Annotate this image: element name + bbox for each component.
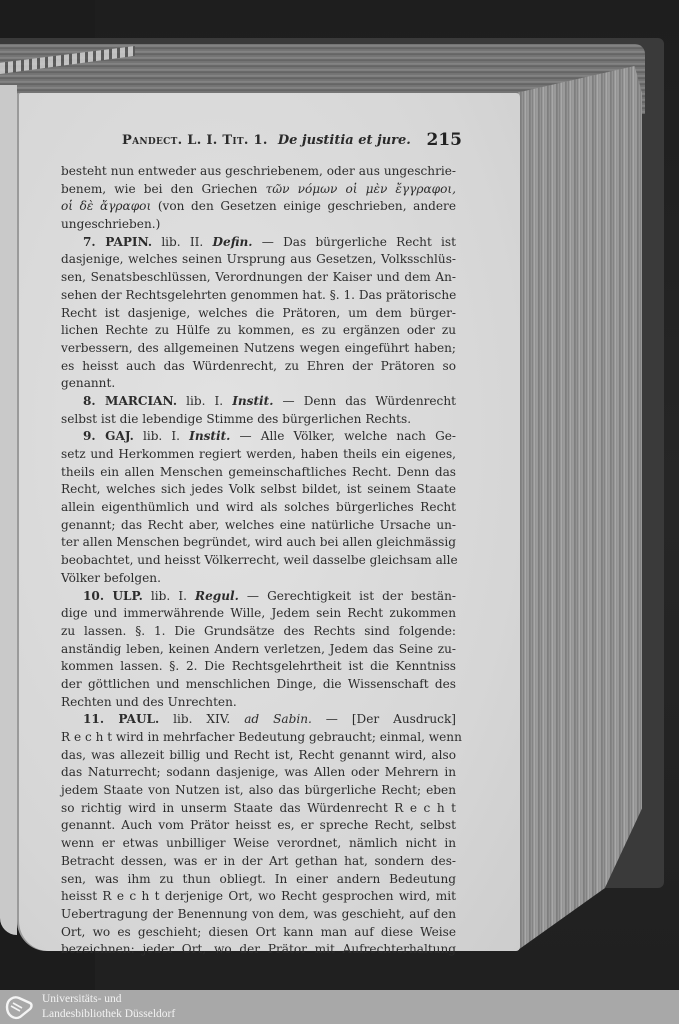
text-segment: ad Sabin. <box>244 712 312 726</box>
text-line: 11. PAUL. lib. XIV. ad Sabin. — [Der Aus… <box>61 711 456 729</box>
text-line: selbst ist die lebendige Stimme des bürg… <box>61 411 456 429</box>
text-segment: allein eigenthümlich und wird als solche… <box>61 500 456 514</box>
text-line: allein eigenthümlich und wird als solche… <box>61 499 456 517</box>
text-segment: ter allen Menschen begründet, wird auch … <box>61 535 456 549</box>
text-line: zu lassen. §. 1. Die Grundsätze des Rech… <box>61 623 456 641</box>
text-line: heisst R e c h t derjenige Ort, wo Recht… <box>61 888 456 906</box>
page-number: 215 <box>427 130 463 150</box>
text-line: kommen lassen. §. 2. Die Rechtsgelehrthe… <box>61 658 456 676</box>
text-segment: Instit. <box>189 429 230 443</box>
text-segment: — Denn das Würdenrecht <box>273 394 456 408</box>
text-segment: bezeichnen: jeder Ort, wo der Prätor mit… <box>61 942 456 956</box>
text-line: Ort, wo es geschieht; diesen Ort kann ma… <box>61 924 456 942</box>
text-line: so richtig wird in unserm Staate das Wür… <box>61 800 456 818</box>
text-line: 9. GAJ. lib. I. Instit. — Alle Völker, w… <box>61 428 456 446</box>
text-segment: 11. PAUL. <box>83 712 159 726</box>
text-segment: lib. II. <box>152 235 212 249</box>
text-segment: der göttlichen und menschlichen Dinge, d… <box>61 677 456 691</box>
text-segment: οἱ δὲ ἄγραφοι <box>61 199 151 213</box>
text-segment: (von den Gesetzen einige geschrieben, an… <box>151 199 456 213</box>
text-line: 8. MARCIAN. lib. I. Instit. — Denn das W… <box>61 393 456 411</box>
text-segment: Uebertragung der Benennung von dem, was … <box>61 907 456 921</box>
text-line: Betracht dessen, was er in der Art getha… <box>61 853 456 871</box>
text-segment: benem, wie bei den Griechen <box>61 182 266 196</box>
text-segment: ungeschrieben.) <box>61 217 160 231</box>
text-segment: Ort, wo es geschieht; diesen Ort kann ma… <box>61 925 456 939</box>
text-line: Völker befolgen. <box>61 570 456 588</box>
text-segment: Defin. <box>213 235 253 249</box>
text-segment: — Gerechtigkeit ist der bestän- <box>239 589 456 603</box>
text-segment: Völker befolgen. <box>61 571 161 585</box>
text-segment: genannt; das Recht aber, welches eine na… <box>61 518 456 532</box>
text-line: sen, was ihm zu thun obliegt. In einer a… <box>61 871 456 889</box>
text-segment: genannt. Auch vom Prätor heisst es, er s… <box>61 818 456 832</box>
text-segment: heisst R e c h t derjenige Ort, wo Recht… <box>61 889 456 903</box>
text-line: wenn er etwas unbilliger Weise verordnet… <box>61 835 456 853</box>
text-segment: dasjenige, welches seinen Ursprung aus G… <box>61 252 456 266</box>
text-segment: dige und immerwährende Wille, Jedem sein… <box>61 606 456 620</box>
left-page-edge <box>0 85 17 935</box>
text-segment: so richtig wird in unserm Staate das Wür… <box>61 801 456 815</box>
text-segment: — [Der Ausdruck] <box>312 712 456 726</box>
text-line: es heisst auch das Würdenrecht, zu Ehren… <box>61 358 456 376</box>
text-segment: τῶν νόμων οἱ μὲν ἔγγραφοι, <box>266 182 456 196</box>
text-line: R e c h t wird in mehrfacher Bedeutung g… <box>61 729 456 747</box>
text-segment: lichen Rechte zu Hülfe zu kommen, es zu … <box>61 323 456 337</box>
text-line: sen, Senatsbeschlüssen, Verordnungen der… <box>61 269 456 287</box>
text-line: das, was allezeit billig und Recht ist, … <box>61 747 456 765</box>
text-line: genannt; das Recht aber, welches eine na… <box>61 517 456 535</box>
text-line: das Naturrecht; sodann dasjenige, was Al… <box>61 764 456 782</box>
text-line: οἱ δὲ ἄγραφοι (von den Gesetzen einige g… <box>61 198 456 216</box>
text-segment: 10. ULP. <box>83 589 143 603</box>
text-segment: 9. GAJ. <box>83 429 134 443</box>
text-segment: verbessern, des allgemeinen Nutzens wege… <box>61 341 456 355</box>
running-head-title: Pandect. L. I. Tit. 1. <box>122 133 268 148</box>
text-segment: Betracht dessen, was er in der Art getha… <box>61 854 456 868</box>
library-name-line1: Universitäts- und <box>42 992 175 1007</box>
text-line: sehen der Rechtsgelehrten genommen hat. … <box>61 287 456 305</box>
text-segment: genannt. <box>61 376 115 390</box>
text-line: verbessern, des allgemeinen Nutzens wege… <box>61 340 456 358</box>
text-segment: jedem Staate von Nutzen ist, also das bü… <box>61 783 456 797</box>
text-segment: selbst ist die lebendige Stimme des bürg… <box>61 412 411 426</box>
text-line: dige und immerwährende Wille, Jedem sein… <box>61 605 456 623</box>
text-segment: sen, was ihm zu thun obliegt. In einer a… <box>61 872 456 886</box>
text-line: Rechten und des Unrechten. <box>61 694 456 712</box>
text-segment: zu lassen. §. 1. Die Grundsätze des Rech… <box>61 624 456 638</box>
text-segment: lib. I. <box>134 429 189 443</box>
library-footer-bar: Universitäts- und Landesbibliothek Düsse… <box>0 990 679 1024</box>
text-segment: Recht, welches sich jedes Volk selbst bi… <box>61 482 456 496</box>
library-name-line2: Landesbibliothek Düsseldorf <box>42 1007 175 1022</box>
text-segment: — Alle Völker, welche nach Ge- <box>230 429 456 443</box>
text-line: benem, wie bei den Griechen τῶν νόμων οἱ… <box>61 181 456 199</box>
fore-edge-page-stack <box>518 66 642 950</box>
text-line: 7. PAPIN. lib. II. Defin. — Das bürgerli… <box>61 234 456 252</box>
text-segment: R e c h t wird in mehrfacher Bedeutung g… <box>61 730 462 744</box>
text-line: theils ein allen Menschen gemeinschaftli… <box>61 464 456 482</box>
text-segment: 7. PAPIN. <box>83 235 152 249</box>
text-segment: Instit. <box>232 394 273 408</box>
text-line: jedem Staate von Nutzen ist, also das bü… <box>61 782 456 800</box>
text-segment: das, was allezeit billig und Recht ist, … <box>61 748 456 762</box>
text-segment: anständig leben, keinen Andern verletzen… <box>61 642 456 656</box>
text-segment: 8. MARCIAN. <box>83 394 177 408</box>
body-text: besteht nun entweder aus geschriebenem, … <box>61 163 456 959</box>
text-line: Recht ist dasjenige, welches die Prätore… <box>61 305 456 323</box>
text-segment: sehen der Rechtsgelehrten genommen hat. … <box>61 288 456 302</box>
text-segment: sen, Senatsbeschlüssen, Verordnungen der… <box>61 270 456 284</box>
text-segment: das Naturrecht; sodann dasjenige, was Al… <box>61 765 456 779</box>
text-segment: es heisst auch das Würdenrecht, zu Ehren… <box>61 359 456 373</box>
text-line: setz und Herkommen regiert werden, haben… <box>61 446 456 464</box>
text-segment: Recht ist dasjenige, welches die Prätore… <box>61 306 456 320</box>
text-segment: lib. I. <box>177 394 232 408</box>
text-segment: Regul. <box>195 589 239 603</box>
text-segment: theils ein allen Menschen gemeinschaftli… <box>61 465 456 479</box>
text-line: bezeichnen: jeder Ort, wo der Prätor mit… <box>61 941 456 959</box>
text-line: Recht, welches sich jedes Volk selbst bi… <box>61 481 456 499</box>
text-segment: — Das bürgerliche Recht ist <box>253 235 456 249</box>
book-logo-icon <box>4 994 34 1020</box>
text-line: ungeschrieben.) <box>61 216 456 234</box>
text-line: genannt. Auch vom Prätor heisst es, er s… <box>61 817 456 835</box>
text-segment: besteht nun entweder aus geschriebenem, … <box>61 164 456 178</box>
text-segment: beobachtet, und heisst Völkerrecht, weil… <box>61 553 458 567</box>
text-line: 10. ULP. lib. I. Regul. — Gerechtigkeit … <box>61 588 456 606</box>
text-line: beobachtet, und heisst Völkerrecht, weil… <box>61 552 456 570</box>
text-segment: kommen lassen. §. 2. Die Rechtsgelehrthe… <box>61 659 456 673</box>
text-segment: Rechten und des Unrechten. <box>61 695 237 709</box>
text-segment: wenn er etwas unbilliger Weise verordnet… <box>61 836 456 850</box>
text-segment: lib. XIV. <box>159 712 244 726</box>
text-segment: setz und Herkommen regiert werden, haben… <box>61 447 456 461</box>
text-line: besteht nun entweder aus geschriebenem, … <box>61 163 456 181</box>
library-name: Universitäts- und Landesbibliothek Düsse… <box>42 992 175 1021</box>
text-line: Uebertragung der Benennung von dem, was … <box>61 906 456 924</box>
text-segment: lib. I. <box>143 589 195 603</box>
running-head: Pandect. L. I. Tit. 1. De justitia et ju… <box>122 133 462 153</box>
text-line: der göttlichen und menschlichen Dinge, d… <box>61 676 456 694</box>
text-line: ter allen Menschen begründet, wird auch … <box>61 534 456 552</box>
text-line: anständig leben, keinen Andern verletzen… <box>61 641 456 659</box>
running-head-subtitle: De justitia et jure. <box>278 133 411 148</box>
text-line: dasjenige, welches seinen Ursprung aus G… <box>61 251 456 269</box>
text-line: lichen Rechte zu Hülfe zu kommen, es zu … <box>61 322 456 340</box>
text-line: genannt. <box>61 375 456 393</box>
